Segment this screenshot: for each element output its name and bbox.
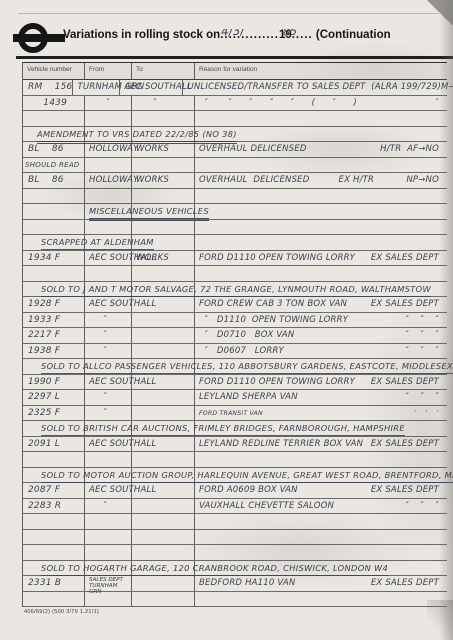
cell-reason: OVERHAUL DELICENSEDH/TR AF→NO (195, 142, 447, 157)
table-row: 2091 LAEC SOUTHALLLEYLAND REDLINE TERRIE… (23, 437, 447, 453)
cell-vehicle-number: 2091 L (23, 437, 85, 452)
cell-to (132, 406, 195, 421)
roundel-ring (18, 23, 48, 53)
reason-text: UNLICENSED/TRANSFER TO SALES DEPT (ALRA … (187, 80, 441, 95)
handwritten-year: 85 (282, 29, 297, 38)
reason-tail-text: ″ ″ ″ (406, 328, 439, 343)
cell-to (132, 158, 195, 173)
table-row: 2325 F ″FORD TRANSIT VAN″ ″ ″ (23, 406, 447, 422)
cell-from: AEC SOUTHALL (85, 297, 132, 312)
table-row: 1934 FAEC SOUTHALLWORKSFORD D1110 OPEN T… (23, 251, 447, 267)
reason-text: FORD TRANSIT VAN (199, 406, 263, 421)
cell-vehicle-number: 1933 F (23, 313, 85, 328)
cell-from: HOLLOWAY (85, 173, 132, 188)
table-row: SOLD TO BRITISH CAR AUCTIONS, FRIMLEY BR… (23, 421, 447, 437)
cell-to (132, 483, 195, 498)
cell-to (132, 437, 195, 452)
cell-reason: FORD D1110 OPEN TOWING LORRYEX SALES DEP… (195, 251, 447, 266)
cell-to (132, 313, 195, 328)
cell-vehicle-number: 1938 F (23, 344, 85, 359)
reason-tail-text: ″ ″ ″ (406, 499, 439, 514)
table-row: SHOULD READ (23, 158, 447, 174)
handwritten-date: 4/3/ (220, 29, 244, 39)
reason-text: OVERHAUL DELICENSED EX H/TR (199, 173, 374, 188)
column-header-from: From (85, 63, 132, 79)
cell-from (85, 189, 132, 204)
cell-reason: ″ D1110 OPEN TOWING LORRY″ ″ ″ (195, 313, 447, 328)
cell-from: ″ (85, 390, 132, 405)
reason-text: OVERHAUL DELICENSED (199, 142, 307, 157)
table-row (23, 220, 447, 236)
table-row: BL 86HOLLOWAYWORKSOVERHAUL DELICENSEDH/T… (23, 142, 447, 158)
scan-paper: Variations in rolling stock on..........… (0, 0, 453, 640)
cell-reason (195, 235, 447, 250)
reason-text: ″ D0607 LORRY (199, 344, 284, 359)
cell-from: AEC SOUTHALL (85, 251, 132, 266)
handwritten-note: AMENDMENT TO VRS DATED 22/2/85 (NO 38) (37, 127, 237, 144)
table-rows: RM 156TURNHAM GRNAEC SOUTHALLUNLICENSED/… (23, 80, 447, 607)
cell-from: ″ (85, 96, 132, 111)
handwritten-note: SOLD TO MOTOR AUCTION GROUP, HARLEQUIN A… (41, 468, 453, 483)
table-row (23, 514, 447, 530)
table-row: 2297 L ″LEYLAND SHERPA VAN″ ″ ″ (23, 390, 447, 406)
cell-from: ″ (85, 499, 132, 514)
scan-top-edge-line (18, 13, 439, 14)
table-row: SCRAPPED AT ALDENHAM (23, 235, 447, 251)
cell-vehicle-number: BL 86 (23, 173, 85, 188)
cell-vehicle-number (23, 111, 85, 126)
cell-to (132, 452, 195, 467)
table-row: 2217 F ″ ″ D0710 BOX VAN″ ″ ″ (23, 328, 447, 344)
title-rule (16, 56, 453, 59)
cell-vehicle-number (23, 189, 85, 204)
reason-tail-text: EX SALES DEPT (371, 297, 439, 312)
footer-form-code: 406/69(2) (500 3/79 1.21/1) (24, 609, 99, 615)
table-row (23, 189, 447, 205)
cell-from (85, 111, 132, 126)
cell-to (132, 297, 195, 312)
cell-vehicle-number (23, 220, 85, 235)
reason-text: FORD D1110 OPEN TOWING LORRY (199, 251, 355, 266)
cell-from (85, 530, 132, 545)
table-row: SOLD TO J AND T MOTOR SALVAGE, 72 THE GR… (23, 282, 447, 298)
table-row: 1928 FAEC SOUTHALLFORD CREW CAB 3 TON BO… (23, 297, 447, 313)
table-row (23, 452, 447, 468)
cell-vehicle-number: 1928 F (23, 297, 85, 312)
reason-text: FORD D1110 OPEN TOWING LORRY (199, 375, 355, 390)
reason-tail-text: EX SALES DEPT (371, 375, 439, 390)
cell-to (132, 514, 195, 529)
table-row: MISCELLANEOUS VEHICLES (23, 204, 447, 220)
cell-vehicle-number: 1934 F (23, 251, 85, 266)
table-row: 2087 FAEC SOUTHALLFORD A0609 BOX VANEX S… (23, 483, 447, 499)
table-row: AMENDMENT TO VRS DATED 22/2/85 (NO 38) (23, 127, 447, 143)
cell-to: ″ (132, 96, 195, 111)
table-row: SOLD TO HOGARTH GARAGE, 120 CRANBROOK RO… (23, 561, 447, 577)
table-row: SOLD TO ALLCO PASSENGER VEHICLES, 110 AB… (23, 359, 447, 375)
table-row (23, 530, 447, 546)
cell-vehicle-number: RM 156 (23, 80, 73, 95)
reason-text: FORD CREW CAB 3 TON BOX VAN (199, 297, 347, 312)
reason-text: ″ ″ ″ ″ ″ ( ″ ) (199, 96, 357, 111)
cell-vehicle-number (23, 452, 85, 467)
handwritten-note: SOLD TO HOGARTH GARAGE, 120 CRANBROOK RO… (41, 561, 388, 576)
cell-to (132, 530, 195, 545)
table-row: RM 156TURNHAM GRNAEC SOUTHALLUNLICENSED/… (23, 80, 447, 96)
reason-text: ″ D0710 BOX VAN (199, 328, 294, 343)
cell-from: ″ (85, 313, 132, 328)
table-row: 1938 F ″ ″ D0607 LORRY″ ″ ″ (23, 344, 447, 360)
cell-from: ″ (85, 344, 132, 359)
reason-text: LEYLAND REDLINE TERRIER BOX VAN (199, 437, 363, 452)
cell-vehicle-number: 2283 R (23, 499, 85, 514)
cell-reason: LEYLAND SHERPA VAN″ ″ ″ (195, 390, 447, 405)
cell-to (132, 545, 195, 560)
handwritten-note: SOLD TO BRITISH CAR AUCTIONS, FRIMLEY BR… (41, 421, 405, 436)
cell-vehicle-number (23, 592, 85, 607)
cell-to (132, 375, 195, 390)
cell-reason: ″ D0607 LORRY″ ″ ″ (195, 344, 447, 359)
cell-from: AEC SOUTHALL (85, 437, 132, 452)
title-text: Variations in rolling stock on (63, 29, 220, 41)
cell-vehicle-number (23, 530, 85, 545)
cell-vehicle-number (23, 545, 85, 560)
cell-to (132, 576, 195, 591)
cell-reason (195, 530, 447, 545)
cell-reason: FORD D1110 OPEN TOWING LORRYEX SALES DEP… (195, 375, 447, 390)
cell-reason (195, 111, 447, 126)
column-header-to: To (132, 63, 195, 79)
cell-reason (195, 514, 447, 529)
cell-to (132, 328, 195, 343)
table-row (23, 592, 447, 608)
cell-from: AEC SOUTHALL (85, 375, 132, 390)
cell-vehicle-number: 2297 L (23, 390, 85, 405)
scan-shadow-right (439, 0, 453, 640)
cell-reason: BEDFORD HA110 VANEX SALES DEPT (195, 576, 447, 591)
cell-vehicle-number (23, 514, 85, 529)
cell-vehicle-number (23, 266, 85, 281)
cell-to (132, 592, 195, 607)
cell-reason (195, 189, 447, 204)
reason-tail-text: EX SALES DEPT (371, 576, 439, 591)
cell-reason: UNLICENSED/TRANSFER TO SALES DEPT (ALRA … (183, 80, 453, 95)
cell-reason: FORD A0609 BOX VANEX SALES DEPT (195, 483, 447, 498)
cell-reason: LEYLAND REDLINE TERRIER BOX VANEX SALES … (195, 437, 447, 452)
cell-to (132, 189, 195, 204)
cell-from: HOLLOWAY (85, 142, 132, 157)
cell-to (132, 220, 195, 235)
cell-from: ″ (85, 406, 132, 421)
cell-vehicle-number: 1439 (23, 96, 85, 111)
reason-tail-text: H/TR AF→NO (380, 142, 439, 157)
cell-from (85, 158, 132, 173)
cell-from (85, 545, 132, 560)
cell-reason (195, 452, 447, 467)
cell-to: AEC SOUTHALL (120, 80, 183, 95)
cell-to (132, 266, 195, 281)
reason-tail-text: EX SALES DEPT (371, 251, 439, 266)
handwritten-note: SHOULD READ (25, 158, 80, 172)
reason-text: BEDFORD HA110 VAN (199, 576, 295, 591)
cell-vehicle-number: 2217 F (23, 328, 85, 343)
table-row: 2331 BSALES DEPT TURNHAM GRNBEDFORD HA11… (23, 576, 447, 592)
reason-tail-text: EX SALES DEPT (371, 437, 439, 452)
table-row (23, 266, 447, 282)
handwritten-note: SCRAPPED AT ALDENHAM (41, 235, 154, 250)
cell-to: WORKS (132, 142, 195, 157)
table-row: 1439 ″ ″ ″ ″ ″ ″ ″ ( ″ )″ (23, 96, 447, 112)
scan-corner-bottom-right (427, 600, 453, 640)
cell-reason: OVERHAUL DELICENSED EX H/TRNP→NO (195, 173, 447, 188)
table-row: 2283 R ″VAUXHALL CHEVETTE SALOON″ ″ ″ (23, 499, 447, 515)
cell-reason (195, 545, 447, 560)
cell-reason: ″ D0710 BOX VAN″ ″ ″ (195, 328, 447, 343)
cell-reason: ″ ″ ″ ″ ″ ( ″ )″ (195, 96, 447, 111)
cell-to (132, 344, 195, 359)
handwritten-note: SOLD TO ALLCO PASSENGER VEHICLES, 110 AB… (41, 359, 453, 374)
cell-reason (195, 220, 447, 235)
reason-text: ″ D1110 OPEN TOWING LORRY (199, 313, 348, 328)
table-row (23, 545, 447, 561)
reason-tail-text: ″ ″ ″ (406, 390, 439, 405)
reason-tail-text: ″ ″ ″ (406, 344, 439, 359)
continuation-label: (Continuation (316, 29, 391, 41)
cell-from (85, 592, 132, 607)
table-row: 1933 F ″ ″ D1110 OPEN TOWING LORRY″ ″ ″ (23, 313, 447, 329)
cell-vehicle-number: 2087 F (23, 483, 85, 498)
cell-vehicle-number: 2325 F (23, 406, 85, 421)
column-header-vehicle-number: Vehicle number (23, 63, 85, 79)
handwritten-note: SOLD TO J AND T MOTOR SALVAGE, 72 THE GR… (41, 282, 431, 297)
reason-tail-text: NP→NO (406, 173, 439, 188)
cell-vehicle-number (23, 204, 85, 219)
reason-text: FORD A0609 BOX VAN (199, 483, 298, 498)
cell-reason (195, 266, 447, 281)
cell-to (132, 499, 195, 514)
cell-vehicle-number: 2331 B (23, 576, 85, 591)
cell-from: TURNHAM GRN (73, 80, 120, 95)
reason-text: VAUXHALL CHEVETTE SALOON (199, 499, 334, 514)
cell-to: WORKS (132, 173, 195, 188)
cell-to (132, 111, 195, 126)
cell-from (85, 220, 132, 235)
reason-text: LEYLAND SHERPA VAN (199, 390, 298, 405)
rolling-stock-table: Vehicle number From To Reason for variat… (22, 62, 447, 607)
scan-corner-top-right (425, 0, 453, 28)
cell-reason: VAUXHALL CHEVETTE SALOON″ ″ ″ (195, 499, 447, 514)
cell-reason (195, 592, 447, 607)
handwritten-note: MISCELLANEOUS VEHICLES (89, 204, 209, 221)
cell-reason: FORD TRANSIT VAN″ ″ ″ (195, 406, 447, 421)
column-header-reason: Reason for variation (195, 63, 447, 79)
reason-tail-text: ″ ″ ″ (406, 313, 439, 328)
table-header-row: Vehicle number From To Reason for variat… (23, 62, 447, 80)
table-row: BL 86HOLLOWAYWORKSOVERHAUL DELICENSED EX… (23, 173, 447, 189)
cell-from: AEC SOUTHALL (85, 483, 132, 498)
page-title: Variations in rolling stock on..........… (63, 29, 453, 41)
cell-reason (195, 204, 447, 219)
table-row: 1990 FAEC SOUTHALLFORD D1110 OPEN TOWING… (23, 375, 447, 391)
cell-from (85, 266, 132, 281)
reason-tail-text: EX SALES DEPT (371, 483, 439, 498)
table-row (23, 111, 447, 127)
london-transport-roundel-icon (18, 23, 48, 53)
cell-from: ″ (85, 328, 132, 343)
cell-to (132, 390, 195, 405)
cell-from (85, 514, 132, 529)
cell-vehicle-number: 1990 F (23, 375, 85, 390)
reason-tail-text: ″ ″ ″ (414, 406, 439, 421)
table-row: SOLD TO MOTOR AUCTION GROUP, HARLEQUIN A… (23, 468, 447, 484)
cell-reason: FORD CREW CAB 3 TON BOX VANEX SALES DEPT (195, 297, 447, 312)
cell-reason (195, 158, 447, 173)
cell-from (85, 452, 132, 467)
cell-from: SALES DEPT TURNHAM GRN (85, 576, 132, 591)
cell-vehicle-number: BL 86 (23, 142, 85, 157)
cell-to: WORKS (132, 251, 195, 266)
